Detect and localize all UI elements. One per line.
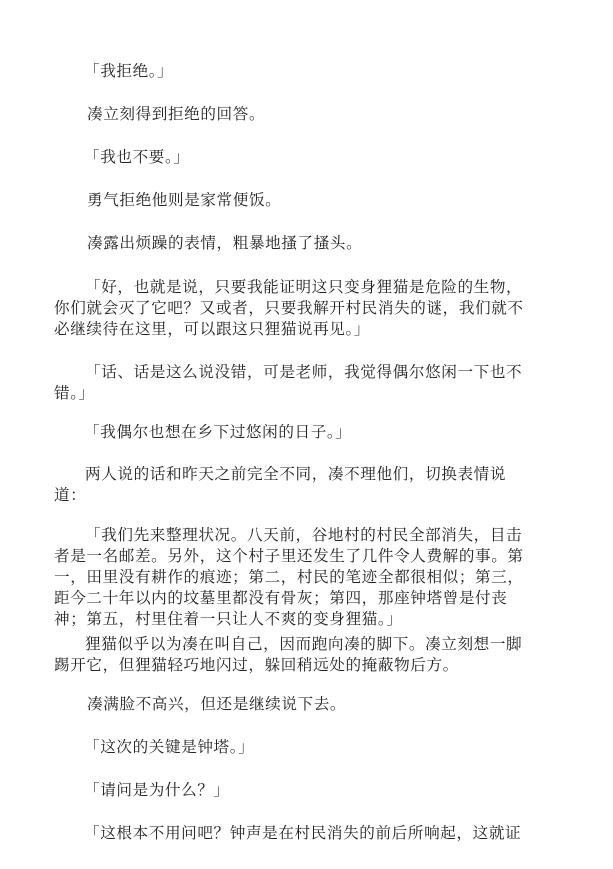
- paragraph-dialogue: 「我偶尔也想在乡下过悠闲的日子。」: [84, 422, 556, 443]
- paragraph-narration: 勇气拒绝他则是家常便饭。: [87, 190, 559, 211]
- paragraph-dialogue: 「我也不要。」: [84, 147, 556, 168]
- paragraph-dialogue: 「好，也就是说，只要我能证明这只变身狸猫是危险的生物，你们就会灭了它吧？又或者，…: [54, 277, 526, 340]
- paragraph-dialogue: 「这次的关键是钟塔。」: [84, 737, 556, 758]
- paragraph-dialogue: 「话、话是这么说没错，可是老师，我觉得偶尔悠闲一下也不错。」: [54, 362, 526, 404]
- paragraph-dialogue: 「我拒绝。」: [84, 61, 556, 82]
- paragraph-dialogue: 「这根本不用问吧？钟声是在村民消失的前后所响起，这就证: [84, 823, 556, 844]
- paragraph-narration: 凑满脸不高兴，但还是继续说下去。: [87, 694, 559, 715]
- paragraph-narration: 凑露出烦躁的表情，粗暴地搔了搔头。: [87, 233, 559, 254]
- paragraph-dialogue: 「我们先来整理状况。八天前，谷地村的村民全部消失，目击者是一名邮差。另外，这个村…: [54, 525, 526, 630]
- paragraph-narration: 狸猫似乎以为凑在叫自己，因而跑向凑的脚下。凑立刻想一脚踢开它，但狸猫轻巧地闪过，…: [54, 634, 526, 676]
- paragraph-narration: 两人说的话和昨天之前完全不同，凑不理他们，切换表情说道：: [54, 464, 526, 506]
- paragraph-dialogue: 「请问是为什么？」: [84, 780, 556, 801]
- document-page: 「我拒绝。」 凑立刻得到拒绝的回答。 「我也不要。」 勇气拒绝他则是家常便饭。 …: [0, 0, 613, 869]
- paragraph-narration: 凑立刻得到拒绝的回答。: [87, 104, 559, 125]
